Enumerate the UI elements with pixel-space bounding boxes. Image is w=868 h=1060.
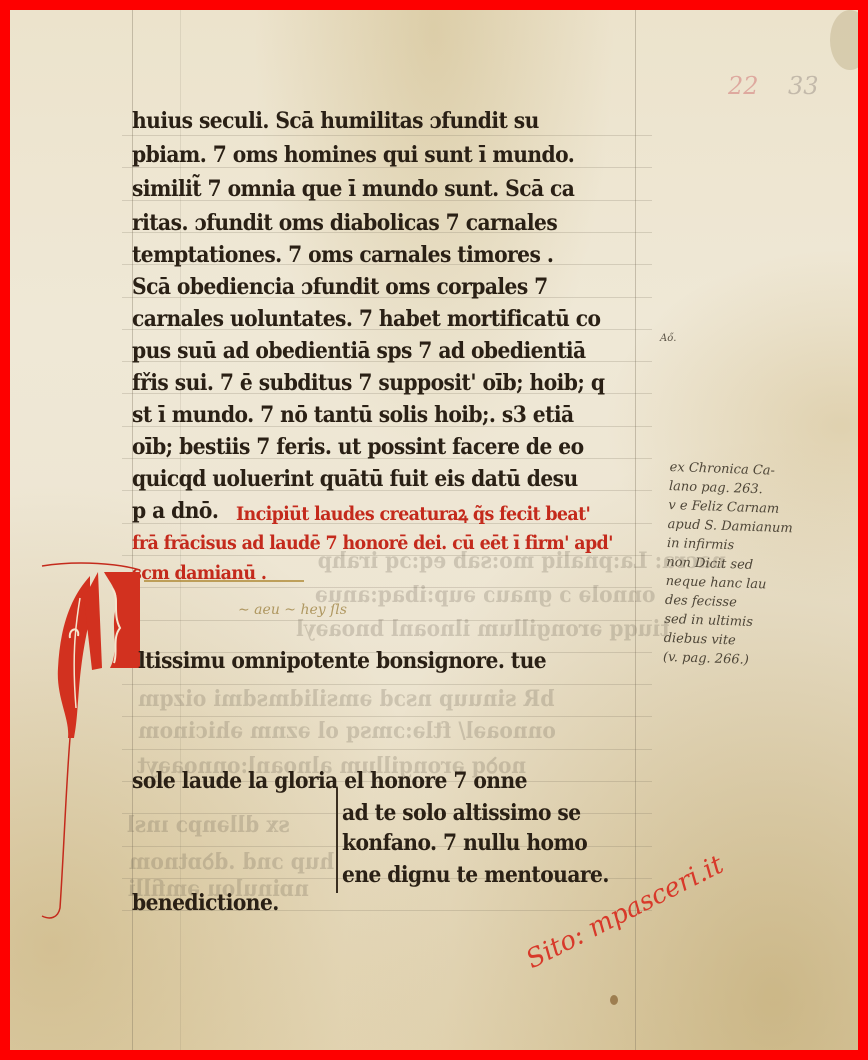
text-line: similit̃ 7 omnia que ī mundo sunt. Scā c… [132, 176, 574, 202]
show-through-text: bR sinuup nsɔd əmsilidmsdmi oizqm [138, 686, 554, 712]
folio-number-grey: 33 [788, 72, 819, 100]
illuminated-initial-a [40, 558, 150, 928]
text-line: quicqd uoluerint quātū fuit eis datū des… [132, 466, 578, 492]
show-through-text: sx dllənpɔ ınsl [127, 812, 290, 838]
show-through-text: tiuqq ərongillum ilnoanl bnoaəyl [296, 616, 669, 642]
canticle-line: konfano. 7 nullu homo [342, 830, 587, 856]
canticle-line: ltissimu omnipotente bonsignore. tue [138, 648, 546, 674]
text-line: temptationes. 7 oms carnales timores . [132, 242, 553, 268]
text-line: ritas. ɔfundit oms diabolicas 7 carnales [132, 210, 557, 236]
text-line: Scā obediencia ɔfundit oms corpales 7 [132, 274, 548, 300]
canticle-line: sole laude la gloria el honore 7 onne [132, 768, 527, 794]
margin-annotation: ex Chronica Ca- lano pag. 263. v e Feliz… [663, 458, 858, 674]
show-through-text: nacra: La:pnaliq mo:sab eq:ɔq irahp [318, 548, 726, 574]
text-line: huius seculi. Scā humilitas ɔfundit su [132, 108, 539, 134]
folio-number-red: 22 [728, 72, 759, 100]
stain [830, 10, 858, 70]
show-through-text: onnolə ɔ gnauɔ əup:ibaq:anuə [315, 582, 656, 608]
text-line: st ī mundo. 7 nō tantū solis hoib;. s3 e… [132, 402, 574, 428]
small-margin-mark: Aő. [660, 333, 676, 344]
text-bracket [336, 788, 338, 893]
manuscript-page: 22 33 Aő. huius seculi. Scā humilitas ɔf… [10, 10, 858, 1050]
text-line: pus suū ad obedientiā sps 7 ad obedienti… [132, 338, 586, 364]
gold-underline [144, 580, 304, 582]
text-line: oīb; bestiis 7 feris. ut possint facere … [132, 434, 584, 460]
ruling-line [122, 135, 652, 136]
stain [610, 995, 618, 1005]
canticle-line: ad te solo altissimo se [342, 800, 581, 826]
text-line: p a dnō. [132, 498, 218, 524]
text-line: pbiam. 7 oms homines qui sunt ī mundo. [132, 142, 574, 168]
rubric-line: Incipiūt laudes creaturaꝝ q̃s fecit beat… [236, 500, 590, 526]
text-line: carnales uoluntates. 7 habet mortificatū… [132, 306, 600, 332]
canticle-line: benedictione. [132, 890, 279, 916]
show-through-text: onnoaəl/ ftlə:ɔmsq ol əznm əhicinom [138, 718, 556, 744]
ruling-line [122, 684, 652, 685]
text-line: fřis sui. 7 ē subditus 7 supposit' oīb; … [132, 370, 604, 396]
canticle-line: ene dignu te mentouare. [342, 862, 609, 888]
show-through-text: hup ɔnd .dꝺɒtnom [129, 846, 334, 876]
